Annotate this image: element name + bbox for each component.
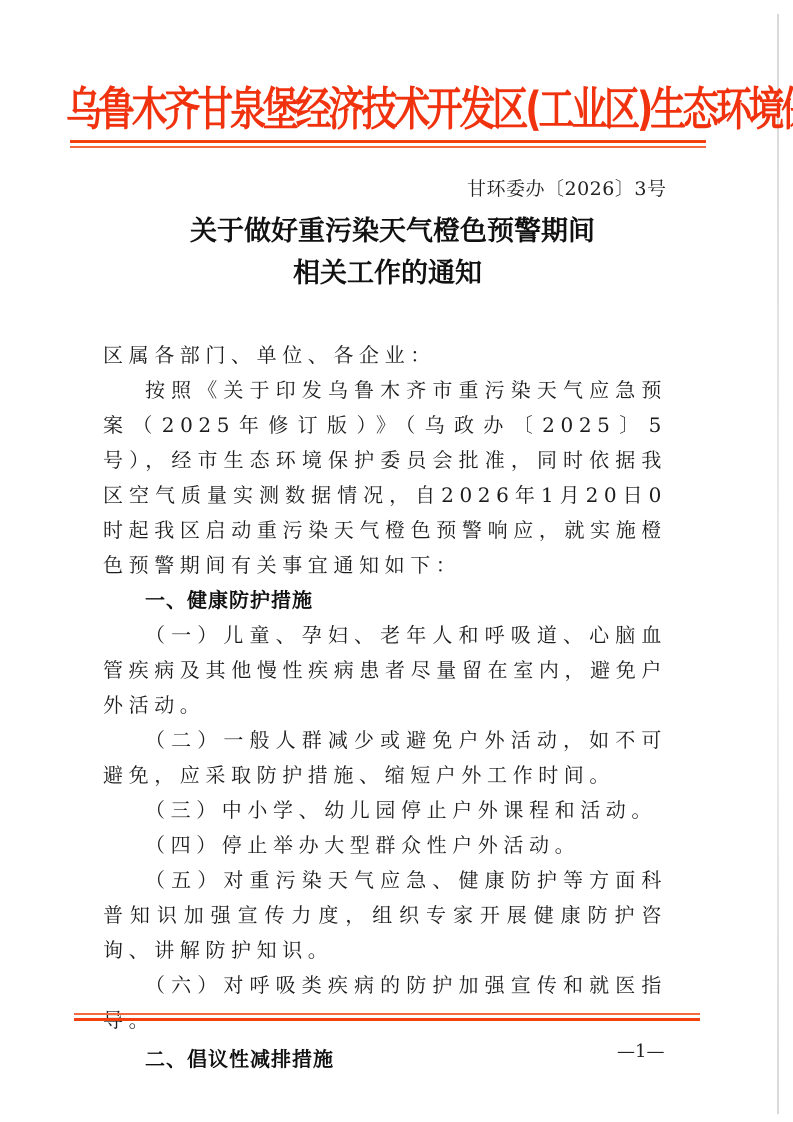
footer-divider-thin	[74, 1013, 700, 1015]
footer-divider-thick	[74, 1018, 700, 1021]
header-divider-thick	[70, 140, 706, 143]
section-1-item-4: （四）停止举办大型群众性户外活动。	[103, 828, 667, 863]
intro-paragraph: 按照《关于印发乌鲁木齐市重污染天气应急预案（2025年修订版）》（乌政办〔202…	[103, 373, 667, 583]
section-1-item-3: （三）中小学、幼儿园停止户外课程和活动。	[103, 793, 667, 828]
section-1-item-2: （二）一般人群减少或避免户外活动，如不可避免，应采取防护措施、缩短户外工作时间。	[103, 723, 667, 793]
salutation: 区属各部门、单位、各企业：	[103, 338, 667, 373]
document-number: 甘环委办〔2026〕3号	[467, 176, 666, 202]
document-body: 区属各部门、单位、各企业： 按照《关于印发乌鲁木齐市重污染天气应急预案（2025…	[103, 338, 667, 1077]
page-edge-line	[777, 14, 779, 1114]
document-title-line-2: 相关工作的通知	[0, 254, 784, 294]
issuer-header: 乌鲁木齐甘泉堡经济技术开发区(工业区)生态环境保护委员会办公室	[66, 76, 706, 145]
section-heading-2: 二、倡议性减排措施	[103, 1042, 667, 1077]
section-1-item-5: （五）对重污染天气应急、健康防护等方面科普知识加强宣传力度，组织专家开展健康防护…	[103, 863, 667, 968]
document-title-line-1: 关于做好重污染天气橙色预警期间	[0, 212, 789, 252]
page-number: —1—	[617, 1040, 664, 1064]
header-divider-thin	[70, 146, 706, 148]
section-heading-1: 一、健康防护措施	[103, 583, 667, 618]
section-1-item-1: （一）儿童、孕妇、老年人和呼吸道、心脑血管疾病及其他慢性疾病患者尽量留在室内，避…	[103, 618, 667, 723]
section-1-item-6: （六）对呼吸类疾病的防护加强宣传和就医指导。	[103, 968, 667, 1038]
